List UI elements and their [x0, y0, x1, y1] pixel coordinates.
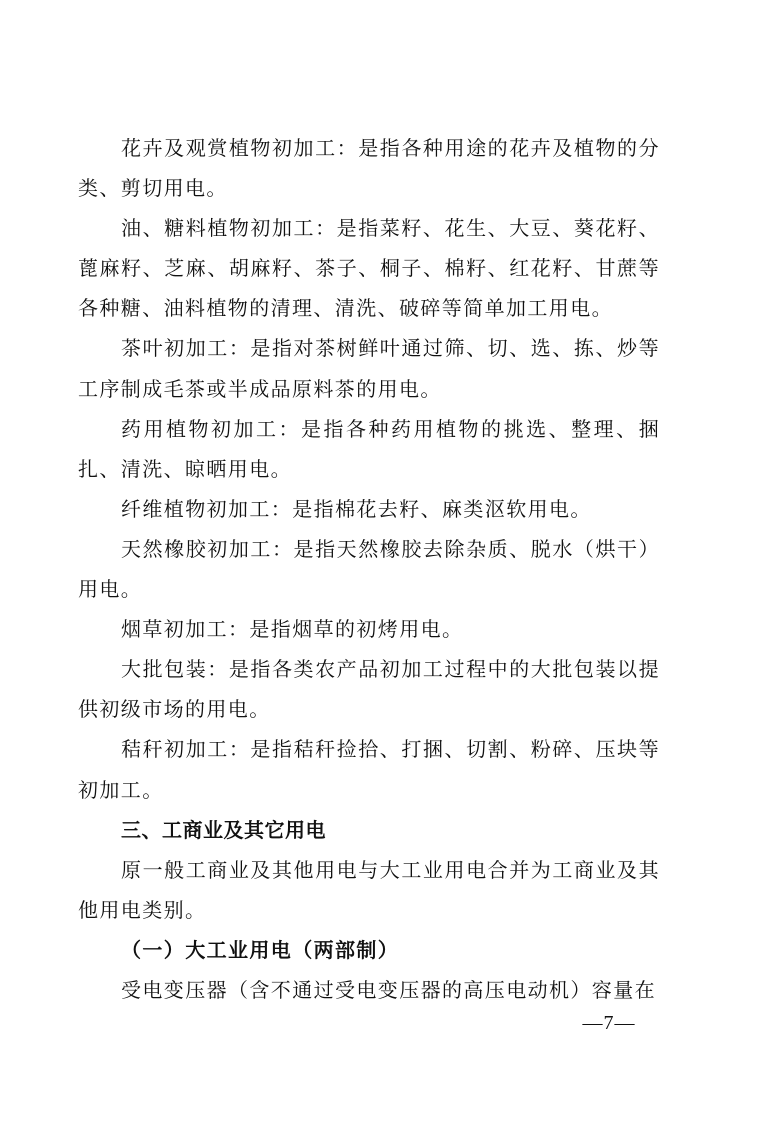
paragraph-category-merge: 原一般工商业及其他用电与大工业用电合并为工商业及其他用电类别。: [78, 850, 660, 930]
paragraph-flowers-processing: 花卉及观赏植物初加工：是指各种用途的花卉及植物的分类、剪切用电。: [78, 128, 660, 208]
paragraph-bulk-packaging: 大批包装：是指各类农产品初加工过程中的大批包装以提供初级市场的用电。: [78, 649, 660, 729]
paragraph-straw-processing: 秸秆初加工：是指秸秆捡拾、打捆、切割、粉碎、压块等初加工。: [78, 729, 660, 809]
paragraph-tea-processing: 茶叶初加工：是指对茶树鲜叶通过筛、切、选、拣、炒等工序制成毛茶或半成品原料茶的用…: [78, 328, 660, 408]
subsection-heading-large-industry: （一）大工业用电（两部制）: [78, 930, 660, 970]
paragraph-fiber-plant-processing: 纤维植物初加工：是指棉花去籽、麻类沤软用电。: [78, 489, 660, 529]
document-page: 花卉及观赏植物初加工：是指各种用途的花卉及植物的分类、剪切用电。 油、糖料植物初…: [0, 0, 761, 1122]
paragraph-tobacco-processing: 烟草初加工：是指烟草的初烤用电。: [78, 609, 660, 649]
paragraph-medicinal-plant-processing: 药用植物初加工：是指各种药用植物的挑选、整理、捆扎、清洗、晾晒用电。: [78, 409, 660, 489]
paragraph-transformer-capacity: 受电变压器（含不通过受电变压器的高压电动机）容量在: [78, 970, 660, 1010]
section-heading-industrial-commercial: 三、工商业及其它用电: [78, 810, 660, 850]
paragraph-oil-sugar-processing: 油、糖料植物初加工：是指菜籽、花生、大豆、葵花籽、蓖麻籽、芝麻、胡麻籽、茶子、桐…: [78, 208, 660, 328]
page-number: —7—: [578, 1010, 640, 1036]
document-body: 花卉及观赏植物初加工：是指各种用途的花卉及植物的分类、剪切用电。 油、糖料植物初…: [78, 128, 660, 1010]
paragraph-natural-rubber-processing: 天然橡胶初加工：是指天然橡胶去除杂质、脱水（烘干）用电。: [78, 529, 660, 609]
